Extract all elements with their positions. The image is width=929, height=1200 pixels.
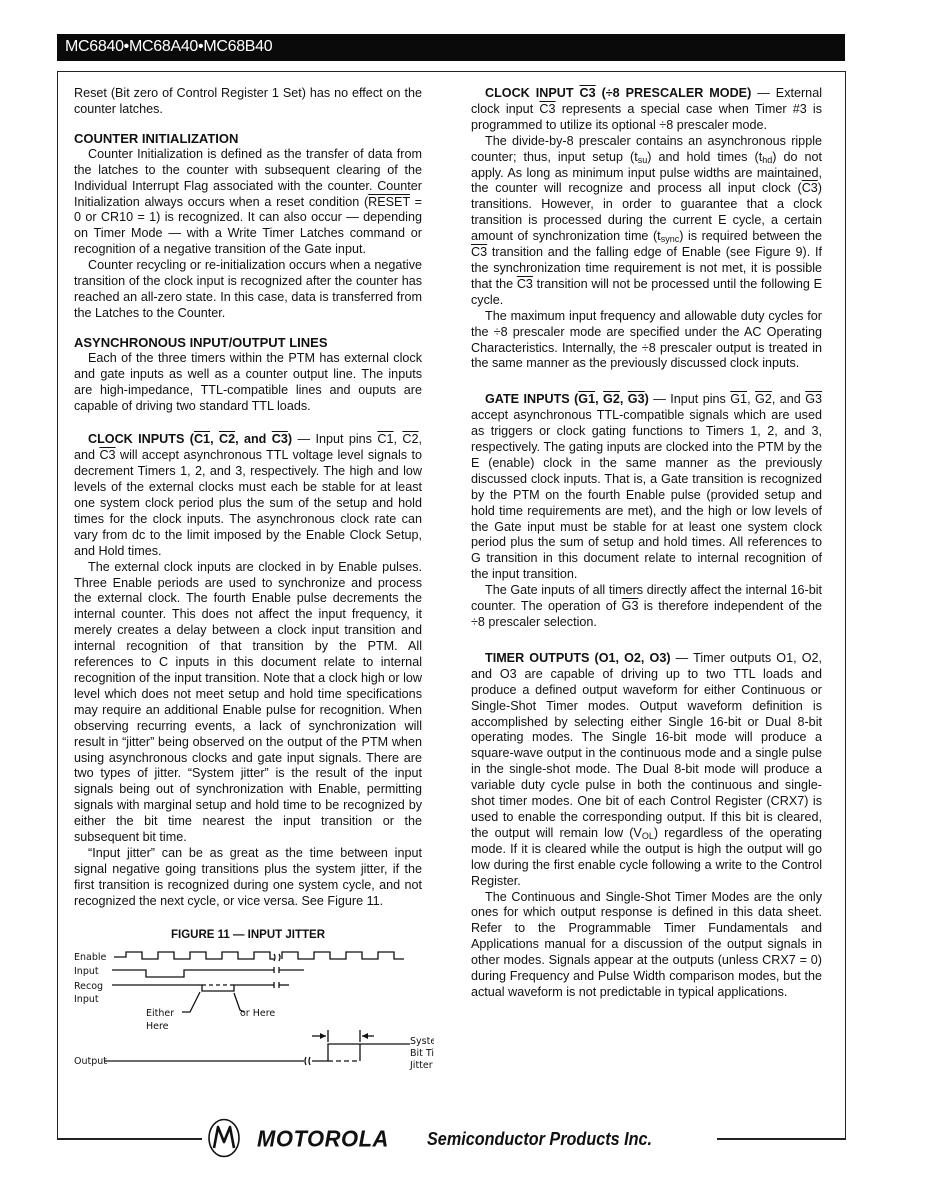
clock-inputs-lead: CLOCK INPUTS (C1, C2, and C3) xyxy=(88,432,292,446)
figure-11-input-jitter: FIGURE 11 — INPUT JITTER Enable Input Re… xyxy=(74,928,422,1098)
prescaler-paragraph: The divide-by-8 prescaler contains an as… xyxy=(471,134,822,309)
label-system: System xyxy=(410,1036,434,1047)
async-io-paragraph: Each of the three timers within the PTM … xyxy=(74,351,422,415)
clock-input-c3-paragraph: CLOCK INPUT C3 (÷8 PRESCALER MODE) — Ext… xyxy=(471,86,822,134)
gate-inputs-paragraph-2: The Gate inputs of all timers directly a… xyxy=(471,583,822,631)
clock-inputs-paragraph-2: The external clock inputs are clocked in… xyxy=(74,560,422,846)
clock-inputs-paragraph: CLOCK INPUTS (C1, C2, and C3) — Input pi… xyxy=(74,432,422,559)
figure-title: FIGURE 11 — INPUT JITTER xyxy=(74,928,422,942)
intro-paragraph: Reset (Bit zero of Control Register 1 Se… xyxy=(74,86,422,118)
part-numbers-title: MC6840•MC68A40•MC68B40 xyxy=(65,38,272,56)
page-footer: MOTOROLA Semiconductor Products Inc. xyxy=(57,1118,846,1158)
motorola-batwing-logo-icon xyxy=(207,1118,241,1158)
label-input: Input xyxy=(74,966,99,977)
label-either: Either xyxy=(146,1008,174,1019)
gate-inputs-lead: GATE INPUTS (G1, G2, G3) xyxy=(485,392,649,406)
enable-waveform xyxy=(114,952,274,959)
content-frame: Reset (Bit zero of Control Register 1 Se… xyxy=(57,71,846,1139)
timer-outputs-lead: TIMER OUTPUTS (O1, O2, O3) xyxy=(485,651,671,665)
input-jitter-timing-diagram: Enable Input Recog Input Either Here or … xyxy=(74,948,434,1088)
label-output: Output xyxy=(74,1056,107,1067)
motorola-brand: MOTOROLA xyxy=(257,1125,389,1152)
recog-input-waveform xyxy=(112,985,274,991)
label-bit-time: Bit Time xyxy=(410,1048,434,1059)
label-here: Here xyxy=(146,1021,169,1032)
label-recog: Recog xyxy=(74,981,103,992)
footer-rule-left xyxy=(57,1138,202,1140)
async-io-heading: ASYNCHRONOUS INPUT/OUTPUT LINES xyxy=(74,334,422,351)
document-header-bar: MC6840•MC68A40•MC68B40 xyxy=(57,34,845,61)
label-or-here: or Here xyxy=(240,1008,275,1019)
semiconductor-products-text: Semiconductor Products Inc. xyxy=(427,1129,652,1150)
left-column: Reset (Bit zero of Control Register 1 Se… xyxy=(74,86,422,1098)
input-waveform xyxy=(112,970,274,977)
output-waveform xyxy=(312,1044,410,1061)
clock-inputs-paragraph-3: “Input jitter” can be as great as the ti… xyxy=(74,846,422,910)
timer-outputs-paragraph: TIMER OUTPUTS (O1, O2, O3) — Timer outpu… xyxy=(471,651,822,890)
label-recog-input: Input xyxy=(74,994,99,1005)
label-jitter: Jitter xyxy=(409,1060,433,1071)
counter-initialization-heading: COUNTER INITIALIZATION xyxy=(74,130,422,147)
counter-init-paragraph-1: Counter Initialization is defined as the… xyxy=(74,147,422,258)
prescaler-frequency-paragraph: The maximum input frequency and allowabl… xyxy=(471,309,822,373)
gate-inputs-paragraph: GATE INPUTS (G1, G2, G3) — Input pins G1… xyxy=(471,392,822,583)
enable-waveform-cont xyxy=(282,952,404,959)
footer-rule-right xyxy=(717,1138,846,1140)
clock-input-c3-lead: CLOCK INPUT C3 (÷8 PRESCALER MODE) xyxy=(485,86,751,100)
counter-init-paragraph-2: Counter recycling or re-initialization o… xyxy=(74,258,422,322)
timer-outputs-paragraph-2: The Continuous and Single-Shot Timer Mod… xyxy=(471,890,822,1001)
right-column: CLOCK INPUT C3 (÷8 PRESCALER MODE) — Ext… xyxy=(471,86,822,1001)
label-enable: Enable xyxy=(74,952,107,963)
